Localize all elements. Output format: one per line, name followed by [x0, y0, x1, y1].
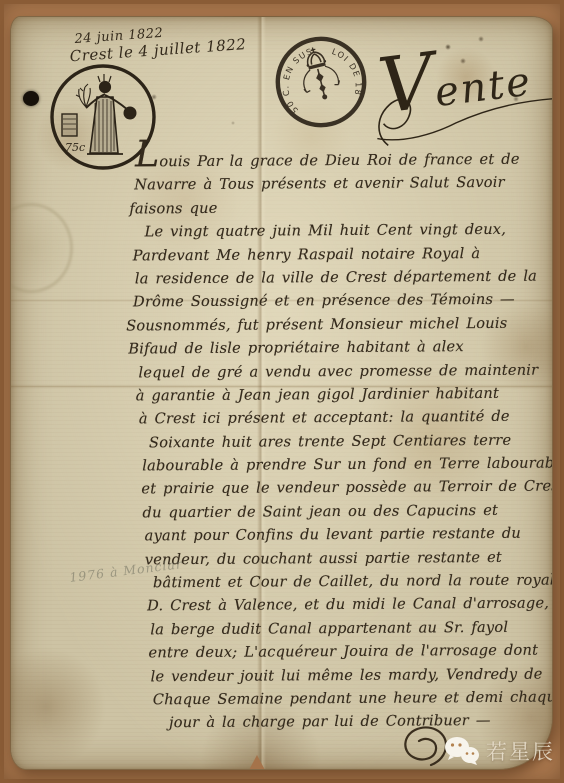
manuscript-line: labourable à prendre Sur un fond en Terr… — [142, 452, 553, 478]
manuscript-line: Bifaud de lisle propriétaire habitant à … — [128, 335, 553, 361]
manuscript-line: Drôme Soussigné et en présence des Témoi… — [133, 288, 553, 314]
wechat-icon — [444, 736, 480, 766]
punch-hole — [23, 91, 39, 106]
manuscript-line: la residence de la ville de Crest départ… — [135, 264, 553, 290]
manuscript-line: jour à la charge par lui de Contribuer — — [169, 709, 553, 735]
manuscript-body: Louis Par la grace de Dieu Roi de france… — [117, 147, 553, 735]
manuscript-line: Soixante huit ares trente Sept Centiares… — [149, 428, 553, 454]
manuscript-line: Navarre à Tous présents et avenir Salut … — [134, 171, 553, 197]
manuscript-line: ayant pour Confins du levant partie rest… — [145, 522, 553, 548]
manuscript-line: entre deux; L'acquéreur Jouira de l'arro… — [148, 639, 553, 665]
manuscript-line: Chaque Semaine pendant une heure et demi… — [153, 685, 553, 711]
manuscript-line: le vendeur jouit lui même les mardy, Ven… — [151, 662, 553, 688]
title-text: Vente — [374, 20, 553, 130]
embossed-ghost-stamp — [10, 203, 73, 293]
crown-seal-icon: 50 C. EN SUS LOI DE 181. — [263, 24, 379, 140]
manuscript-line: à Crest ici présent et acceptant: la qua… — [139, 405, 553, 431]
spiral-flourish-icon — [383, 715, 453, 770]
document-title: Vente — [374, 20, 553, 141]
manuscript-line: lequel de gré a vendu avec promesse de m… — [138, 358, 553, 384]
manuscript-line: Louis Par la grace de Dieu Roi de france… — [135, 147, 553, 173]
manuscript-line: et prairie que le vendeur possède au Ter… — [141, 475, 553, 501]
manuscript-line: du quartier de Saint jean ou des Capucin… — [142, 498, 553, 524]
manuscript-line: D. Crest à Valence, et du midi le Canal … — [147, 592, 553, 618]
manuscript-line: bâtiment et Cour de Caillet, du nord la … — [153, 568, 553, 594]
watermark: 若星辰 — [444, 736, 555, 766]
manuscript-paper: 24 juin 1822 Crest le 4 juillet 1822 — [10, 16, 553, 770]
manuscript-line: à garantie à Jean jean gigol Jardinier h… — [136, 381, 553, 407]
crown-seal-stamp: 50 C. EN SUS LOI DE 181. — [263, 24, 379, 140]
stamp-value-text: 75c — [65, 141, 85, 154]
manuscript-line: Le vingt quatre juin Mil huit Cent vingt… — [144, 218, 553, 244]
photo-of-old-document: 24 juin 1822 Crest le 4 juillet 1822 — [0, 0, 564, 783]
bottom-fold-notch — [249, 755, 265, 770]
manuscript-line: faisons que — [129, 194, 553, 220]
manuscript-line: vendeur, du couchant aussi partie restan… — [145, 545, 553, 571]
manuscript-line: Pardevant Me henry Raspail notaire Royal… — [133, 241, 553, 267]
manuscript-line: Sousnommés, fut présent Monsieur michel … — [126, 311, 553, 337]
manuscript-line: la berge dudit Canal appartenant au Sr. … — [150, 615, 553, 641]
watermark-text: 若星辰 — [486, 736, 555, 766]
registry-date-note: 24 juin 1822 Crest le 4 juillet 1822 — [74, 19, 247, 65]
